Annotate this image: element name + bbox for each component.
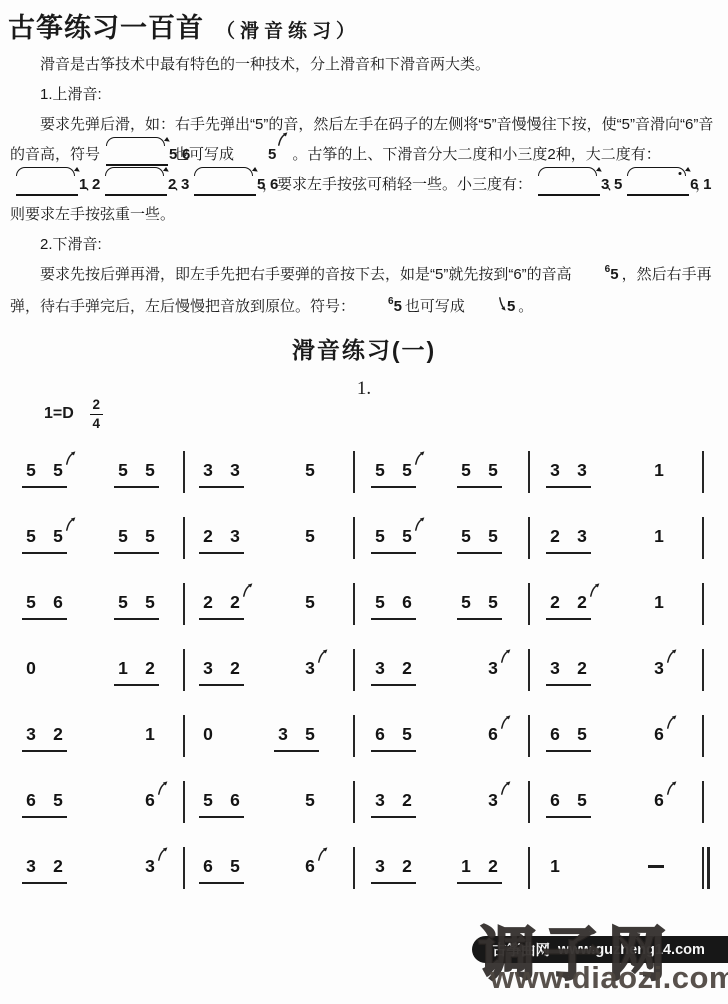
- barline: [702, 781, 704, 823]
- note: 3: [25, 724, 37, 744]
- note: 6: [549, 790, 561, 810]
- beamed-group: 55: [114, 460, 159, 488]
- beamed-group: 12: [457, 856, 502, 884]
- beamed-group: 23: [546, 526, 591, 554]
- beamed-group: 55: [22, 460, 67, 488]
- half-note-dash: [647, 856, 665, 876]
- measure: 1: [530, 856, 702, 884]
- note: 5: [25, 526, 37, 546]
- key-label: 1=D: [44, 405, 74, 423]
- note: 5: [117, 526, 129, 546]
- barline: [702, 583, 704, 625]
- note: 5: [229, 856, 241, 876]
- note: 1: [653, 592, 665, 612]
- note: 3: [202, 460, 214, 480]
- score-row: 321035656656: [20, 710, 720, 776]
- note: 2: [487, 856, 499, 876]
- note-with-up-slide: 6: [487, 724, 499, 744]
- note: 6: [25, 790, 37, 810]
- note: 2: [52, 724, 64, 744]
- page-title: 古筝练习一百首: [8, 6, 204, 45]
- measure: 565: [185, 790, 353, 818]
- note: 3: [576, 460, 588, 480]
- note: 2: [202, 592, 214, 612]
- slide-up-icon: [500, 649, 511, 663]
- beamed-group: 56: [371, 592, 416, 620]
- overlay-watermark-url: www.diaozi.com: [490, 960, 728, 996]
- note: 2: [52, 856, 64, 876]
- note: 2: [401, 856, 413, 876]
- text-run: 也可写成: [405, 298, 465, 315]
- measure: 331: [530, 460, 702, 488]
- note-with-up-slide: 3: [487, 790, 499, 810]
- final-barline: [702, 847, 710, 889]
- slide-up-icon: [65, 451, 76, 465]
- note: 3: [202, 658, 214, 678]
- slur-note: 2: [138, 176, 151, 194]
- slide-up-icon: [317, 649, 328, 663]
- slur-note: 5: [139, 146, 152, 164]
- note-with-up-slide: 5: [401, 526, 413, 546]
- note: 1: [144, 724, 156, 744]
- slide-up-icon: [157, 847, 168, 861]
- beamed-group: 65: [22, 790, 67, 818]
- note: 5: [487, 526, 499, 546]
- note: 3: [25, 856, 37, 876]
- beamed-group: 65: [199, 856, 244, 884]
- note-group: 5: [301, 526, 319, 554]
- score-row: 012323323323: [20, 644, 720, 710]
- note-group: 1: [546, 856, 564, 884]
- fraction-line: [90, 414, 103, 416]
- slide-up-icon: [242, 583, 253, 597]
- note-group: 6: [301, 856, 319, 884]
- note: 1: [549, 856, 561, 876]
- measure: 3212: [355, 856, 528, 884]
- note-group: 1: [141, 724, 159, 752]
- note-group: 5: [301, 592, 319, 620]
- note: 6: [374, 724, 386, 744]
- note-with-up-slide: 5: [52, 526, 64, 546]
- measure: 5555: [355, 526, 528, 554]
- note: 5: [401, 724, 413, 744]
- measure: 231: [530, 526, 702, 554]
- note: 6: [52, 592, 64, 612]
- measure: 321: [20, 724, 183, 752]
- beamed-group: 56: [199, 790, 244, 818]
- beamed-group: 32: [371, 790, 416, 818]
- note-with-up-slide: 3: [304, 658, 316, 678]
- note: 1: [460, 856, 472, 876]
- slide-down-icon: [498, 297, 506, 311]
- note-with-up-slide: 3: [653, 658, 665, 678]
- measure: 235: [185, 526, 353, 554]
- beamed-group: 55: [114, 592, 159, 620]
- time-signature: 2 4: [90, 398, 103, 431]
- note: 5: [304, 724, 316, 744]
- measure: 5555: [20, 526, 183, 554]
- beamed-group: 23: [199, 526, 244, 554]
- rest-note: 0: [202, 724, 214, 744]
- score-row: 55553355555331: [20, 446, 720, 512]
- time-top: 2: [93, 398, 101, 412]
- note: 2: [576, 658, 588, 678]
- beamed-group: 65: [371, 724, 416, 752]
- piece-number: 1.: [0, 378, 728, 400]
- beamed-group: 12: [114, 658, 159, 686]
- intro-para-2: 要求先弹后滑，如：右手先弹出“5”的音，然后左手在码子的左侧将“5”音慢慢往下按…: [10, 110, 720, 230]
- page-header: 古筝练习一百首 （滑音练习）: [8, 6, 360, 45]
- note: 5: [576, 724, 588, 744]
- note: 5: [460, 460, 472, 480]
- beamed-group: 55: [22, 526, 67, 554]
- note-group: 5: [301, 790, 319, 818]
- note: 5: [202, 790, 214, 810]
- note-with-up-slide: 5: [401, 460, 413, 480]
- note: 5: [25, 460, 37, 480]
- note-group: 1: [650, 592, 668, 620]
- measure: 656: [530, 724, 702, 752]
- measure: 323: [355, 658, 528, 686]
- note-with-up-slide: 5: [52, 460, 64, 480]
- note: 5: [144, 460, 156, 480]
- score-row: 56552255655221: [20, 578, 720, 644]
- slur-note: 2: [62, 176, 75, 194]
- note: 6: [229, 790, 241, 810]
- slur-pair: 12: [16, 176, 78, 196]
- note-group: 0: [22, 658, 40, 686]
- up-slide-note: 5: [238, 140, 288, 170]
- note-group: 6: [141, 790, 159, 818]
- slur-pair: 61: [627, 176, 689, 196]
- note: 5: [304, 526, 316, 546]
- slur-note: 6: [660, 176, 673, 194]
- note: 6: [549, 724, 561, 744]
- note: 5: [487, 460, 499, 480]
- note: 3: [277, 724, 289, 744]
- note: 2: [401, 658, 413, 678]
- slur-pair: 56: [194, 176, 256, 196]
- beamed-group: 65: [546, 790, 591, 818]
- beamed-group: 55: [371, 460, 416, 488]
- note: 5: [576, 790, 588, 810]
- slur-note: 1: [49, 176, 62, 194]
- score: 5555335555533155552355555231565522556552…: [20, 446, 720, 908]
- text-run: ，要求左手按弦可稍轻一些。小三度有：: [262, 176, 532, 193]
- note: 3: [229, 460, 241, 480]
- slur-note: 5: [584, 176, 597, 194]
- note-with-up-slide: 2: [576, 592, 588, 612]
- beamed-group: 22: [199, 592, 244, 620]
- note-group: 3: [141, 856, 159, 884]
- note-group: 1: [650, 460, 668, 488]
- intro-heading-1: 1.上滑音:: [10, 80, 720, 110]
- note-group: 3: [650, 658, 668, 686]
- note-group: 6: [650, 724, 668, 752]
- note: 2: [229, 658, 241, 678]
- note: 5: [487, 592, 499, 612]
- note: 5: [374, 460, 386, 480]
- note-group: [644, 856, 668, 884]
- note: 3: [549, 658, 561, 678]
- note: 2: [202, 526, 214, 546]
- measure: 656: [185, 856, 353, 884]
- text-run: 要求先按后弹再滑，即左手先把右手要弹的音按下去，如是“5”就先按到“6”的音高: [40, 266, 572, 283]
- measure: 012: [20, 658, 183, 686]
- note: 5: [374, 592, 386, 612]
- note: 1: [653, 526, 665, 546]
- intro-heading-2: 2.下滑音:: [10, 230, 720, 260]
- note: 5: [117, 592, 129, 612]
- slide-up-icon: [65, 517, 76, 531]
- note: 5: [460, 526, 472, 546]
- measure: 656: [355, 724, 528, 752]
- score-row: 656565323656: [20, 776, 720, 842]
- beamed-group: 35: [274, 724, 319, 752]
- beamed-group: 56: [22, 592, 67, 620]
- slide-up-icon: [500, 781, 511, 795]
- section-title: 滑音练习(一): [0, 332, 728, 365]
- note-with-up-slide: 6: [653, 790, 665, 810]
- note: 5: [117, 460, 129, 480]
- note-group: 1: [650, 526, 668, 554]
- measure: 656: [530, 790, 702, 818]
- down-slide-note: 5: [468, 292, 515, 322]
- grace-six: 6: [388, 296, 394, 307]
- note: 2: [549, 592, 561, 612]
- pre-bent-note: 65: [575, 260, 619, 292]
- note: 5: [304, 592, 316, 612]
- beamed-group: 32: [199, 658, 244, 686]
- slide-up-icon: [157, 781, 168, 795]
- slide-up-icon: [317, 847, 328, 861]
- barline: [702, 451, 704, 493]
- measure: 221: [530, 592, 702, 620]
- barline: [702, 649, 704, 691]
- slur-note: 3: [151, 176, 164, 194]
- page-subtitle: （滑音练习）: [216, 16, 360, 43]
- note-with-up-slide: 6: [144, 790, 156, 810]
- rest-note: 0: [25, 658, 37, 678]
- beamed-group: 55: [457, 526, 502, 554]
- slur-note: 6: [240, 176, 253, 194]
- beamed-group: 55: [457, 460, 502, 488]
- note: 1: [653, 460, 665, 480]
- beamed-group: 32: [22, 856, 67, 884]
- note-with-up-slide: 2: [229, 592, 241, 612]
- note-with-up-slide: 6: [304, 856, 316, 876]
- barline: [702, 715, 704, 757]
- barline: [702, 517, 704, 559]
- note: 5: [460, 592, 472, 612]
- note-with-up-slide: 6: [653, 724, 665, 744]
- measure: 323: [185, 658, 353, 686]
- note: 2: [549, 526, 561, 546]
- beamed-group: 55: [114, 526, 159, 554]
- grace-six: 6: [605, 264, 611, 275]
- beamed-group: 32: [371, 658, 416, 686]
- slur-note: 1: [673, 176, 686, 194]
- measure: 225: [185, 592, 353, 620]
- note-group: 3: [301, 658, 319, 686]
- slur-note: 6: [152, 146, 165, 164]
- beamed-group: 65: [546, 724, 591, 752]
- note: 5: [304, 790, 316, 810]
- score-row: 55552355555231: [20, 512, 720, 578]
- note-group: 0: [199, 724, 217, 752]
- slide-up-icon: [589, 583, 600, 597]
- text-run: 。: [518, 298, 533, 315]
- measure: 5655: [20, 592, 183, 620]
- note: 2: [401, 790, 413, 810]
- note: 3: [374, 856, 386, 876]
- note-group: 5: [301, 460, 319, 488]
- beamed-group: 55: [371, 526, 416, 554]
- slur-note: 3: [571, 176, 584, 194]
- score-row: 32365632121: [20, 842, 720, 908]
- slide-up-icon: [414, 451, 425, 465]
- slide-up-icon: [666, 781, 677, 795]
- note: 6: [401, 592, 413, 612]
- beamed-group: 32: [22, 724, 67, 752]
- beamed-group: 33: [199, 460, 244, 488]
- intro-text: 滑音是古筝技术中最有特色的一种技术，分上滑音和下滑音两大类。 1.上滑音: 要求…: [10, 50, 720, 324]
- note: 5: [304, 460, 316, 480]
- note-group: 6: [650, 790, 668, 818]
- measure: 323: [355, 790, 528, 818]
- pre-bent-note: 65: [358, 292, 402, 324]
- note: 3: [374, 658, 386, 678]
- measure: 656: [20, 790, 183, 818]
- slur-pair: 23: [105, 176, 167, 196]
- slide-up-icon: [666, 715, 677, 729]
- slide-up-icon: [500, 715, 511, 729]
- measure: 323: [20, 856, 183, 884]
- note: 3: [576, 526, 588, 546]
- intro-para-3: 要求先按后弹再滑，即左手先把右手要弹的音按下去，如是“5”就先按到“6”的音高6…: [10, 260, 720, 324]
- note: 5: [52, 790, 64, 810]
- note: 5: [374, 526, 386, 546]
- note-with-up-slide: 3: [144, 856, 156, 876]
- beamed-group: 32: [546, 658, 591, 686]
- slide-up-icon: [414, 517, 425, 531]
- note: 2: [144, 658, 156, 678]
- measure: 335: [185, 460, 353, 488]
- intro-para-1: 滑音是古筝技术中最有特色的一种技术，分上滑音和下滑音两大类。: [10, 50, 720, 80]
- note-group: 6: [484, 724, 502, 752]
- slur-pair: 35: [538, 176, 600, 196]
- time-bottom: 4: [93, 417, 101, 431]
- note: 5: [144, 526, 156, 546]
- key-signature: 1=D 2 4: [44, 398, 103, 431]
- slide-up-icon: [666, 649, 677, 663]
- sheet-music-page: 古筝练习一百首 （滑音练习） 滑音是古筝技术中最有特色的一种技术，分上滑音和下滑…: [0, 0, 728, 1004]
- note: 3: [549, 460, 561, 480]
- measure: 5655: [355, 592, 528, 620]
- note: 1: [117, 658, 129, 678]
- note-with-up-slide: 3: [487, 658, 499, 678]
- note-group: 3: [484, 790, 502, 818]
- text-run: 。古筝的上、下滑音分大二度和小三度2种，大二度有：: [292, 146, 660, 163]
- note: 5: [144, 592, 156, 612]
- note: 3: [374, 790, 386, 810]
- note: 3: [229, 526, 241, 546]
- slur-note: 5: [227, 176, 240, 194]
- note: 5: [25, 592, 37, 612]
- measure: 5555: [355, 460, 528, 488]
- measure: 5555: [20, 460, 183, 488]
- slur-pair: 56: [106, 146, 168, 166]
- note-group: 3: [484, 658, 502, 686]
- beamed-group: 22: [546, 592, 591, 620]
- note: 6: [202, 856, 214, 876]
- beamed-group: 33: [546, 460, 591, 488]
- beamed-group: 32: [371, 856, 416, 884]
- measure: 323: [530, 658, 702, 686]
- beamed-group: 55: [457, 592, 502, 620]
- measure: 035: [185, 724, 353, 752]
- slide-up-icon: [277, 132, 288, 146]
